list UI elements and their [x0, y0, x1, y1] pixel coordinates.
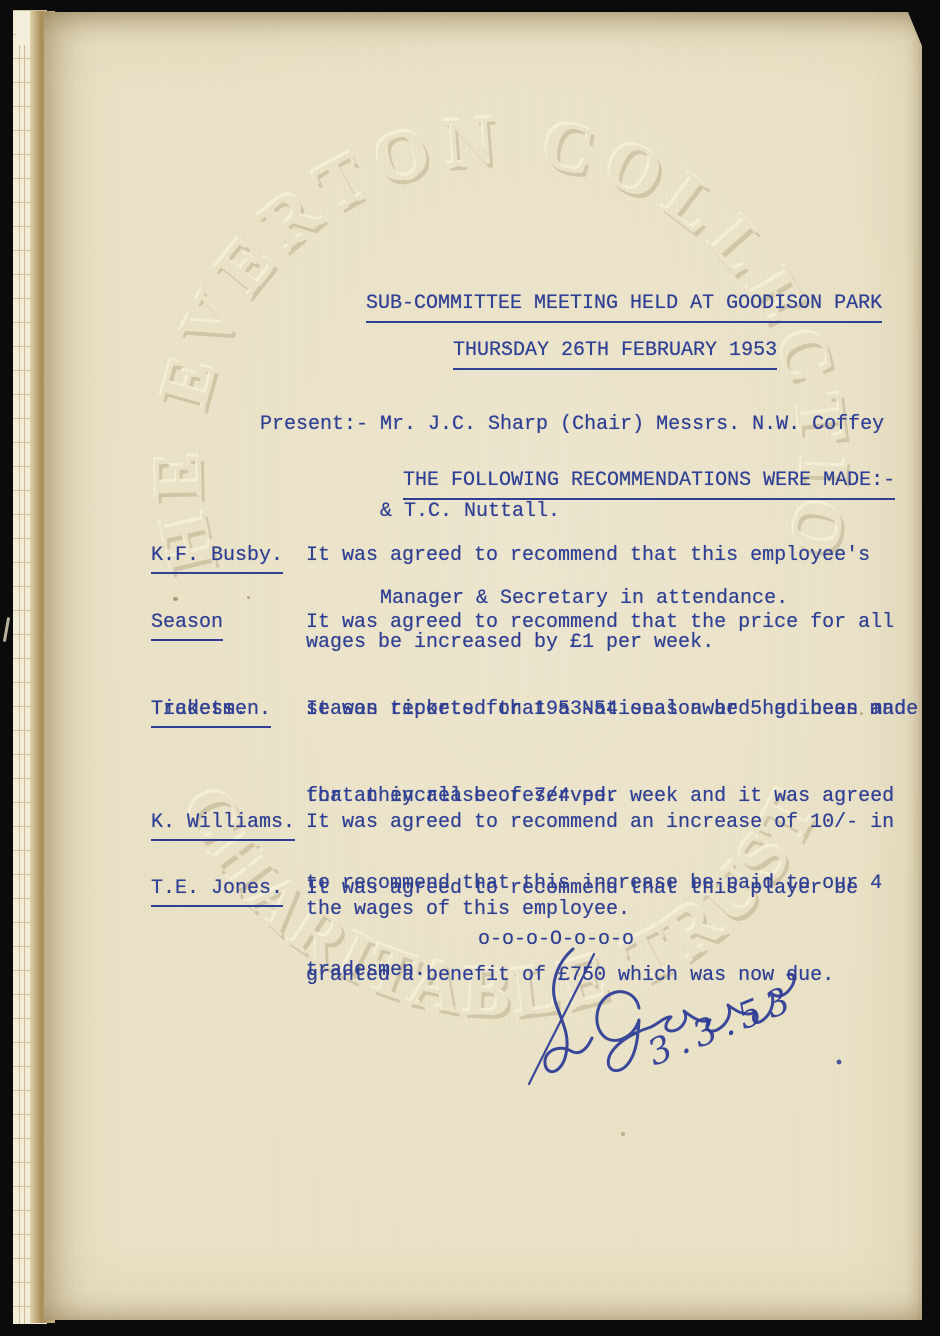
signature-initial	[545, 949, 592, 1072]
pen-dot	[837, 1060, 842, 1065]
minutes-page: THE EVERTON COLLECTION CHARITABLE TRUST …	[44, 12, 922, 1320]
signature-block: 3.3.53	[466, 924, 846, 1094]
margin-pen-mark	[3, 617, 10, 642]
present-label: Present:-	[260, 413, 380, 436]
entry-label-jones: T.E. Jones.	[151, 816, 283, 961]
paper-speck	[621, 1132, 625, 1136]
present-line-1: Mr. J.C. Sharp (Chair) Messrs. N.W. Coff…	[380, 413, 884, 436]
signature-date: 3.3.53	[642, 978, 802, 1075]
scanned-minutes-document: THE EVERTON COLLECTION CHARITABLE TRUST …	[0, 0, 940, 1336]
